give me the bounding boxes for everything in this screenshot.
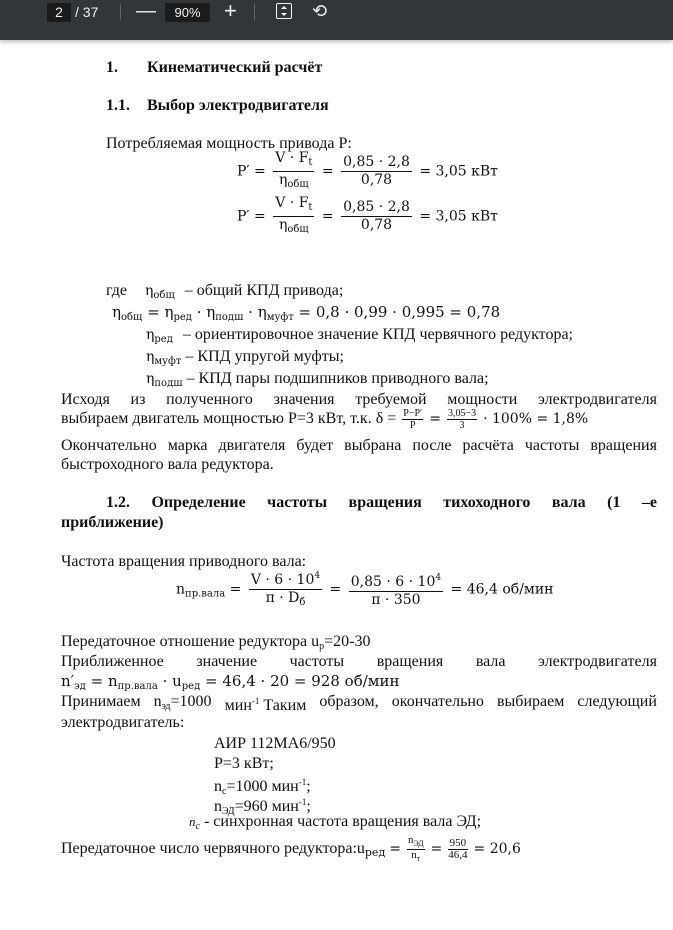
fraction: 0,85 · 2,80,78 [341, 154, 412, 189]
rotate-button[interactable]: ⟲ [312, 1, 327, 21]
subscript: t [308, 157, 312, 168]
motor-power: P=3 кВт; [214, 754, 274, 773]
subscript: подш [215, 312, 243, 323]
subscript: t [308, 202, 312, 213]
definition: – ориентировочное значение КПД червячног… [183, 326, 573, 343]
word: Определение [151, 493, 245, 512]
divider [254, 4, 255, 20]
definition: – КПД упругой муфты; [185, 348, 344, 365]
subscript: ред [154, 334, 172, 345]
word: значения [274, 390, 335, 409]
zoom-in-button[interactable]: + [224, 0, 237, 22]
formula-rhs: = 0,8 · 0,99 · 0,995 = 0,78 [299, 303, 501, 321]
zoom-level-input[interactable]: 90% [165, 3, 210, 22]
value: =20-30 [324, 633, 370, 650]
word: вращения [377, 652, 444, 671]
formula-rhs: = 46,4 об/мин [451, 582, 554, 598]
plus-icon: + [224, 0, 237, 23]
formula-rhs: = 3,05 кВт [419, 209, 498, 225]
fraction: 0,85 · 2,80,78 [341, 199, 412, 234]
where-line-3: ηред – ориентировочное значение КПД черв… [146, 325, 573, 349]
word: марка [168, 436, 208, 455]
formula-power: P′ = V · Ftηобщ = 0,85 · 2,80,78 = 3,05 … [237, 150, 498, 193]
formula-shaft-speed: nпр.вала = V · 6 · 104π · Dб = 0,85 · 6 … [176, 568, 553, 611]
word: полученного [166, 390, 253, 409]
fraction: 95046,4 [448, 838, 467, 861]
formula-rhs: = 3,05 кВт [419, 164, 498, 180]
equals: = [322, 209, 334, 225]
motor-note: nc - синхронная частота вращения вала ЭД… [189, 812, 481, 836]
word: после [412, 436, 451, 455]
paragraph-gear-ratio: Передаточное число червячного редуктора:… [61, 835, 521, 864]
heading-1: 1. Кинематический расчёт [106, 58, 118, 77]
subscript: пр.вала [185, 589, 225, 600]
fraction: 3,05−33 [447, 408, 477, 431]
subscript: общ [287, 179, 308, 190]
fraction: nЭДnт [407, 835, 425, 864]
formula-power-repeat: P′ = V · Ftηобщ = 0,85 · 2,80,78 = 3,05 … [237, 195, 498, 238]
minus-icon: — [136, 0, 156, 22]
word: окончательно [392, 692, 484, 716]
word: мощности [447, 390, 517, 409]
word: следующий [577, 692, 657, 716]
fit-to-page-button[interactable] [276, 3, 292, 19]
subscript: муфт [267, 312, 294, 323]
word: электродвигателя [538, 390, 657, 409]
word: тихоходного [443, 493, 530, 512]
word: –е [642, 493, 657, 512]
choose-line-1: Исходя из полученного значения требуемой… [61, 390, 657, 409]
subscript: общ [121, 312, 142, 323]
heading-1-2: 1.2. Определение частоты вращения тихохо… [106, 493, 657, 512]
numerator: V · F [275, 150, 308, 166]
formula-lhs: P′ = [237, 164, 266, 180]
text: Передаточное число червячного редуктора:… [61, 840, 365, 857]
page-number-input[interactable]: 2 [47, 3, 71, 22]
eta-symbol: η [206, 303, 215, 321]
word: Окончательно [61, 436, 157, 455]
equals: = [322, 164, 334, 180]
fraction: 0,85 · 6 · 104π · 350 [349, 570, 443, 609]
word: электродвигателя [538, 652, 657, 671]
word: двигателя [218, 436, 285, 455]
choose-line-3: Окончательно марка двигателя будет выбра… [61, 436, 657, 455]
zoom-out-button[interactable]: — [136, 1, 156, 21]
pdf-toolbar: 2 / 37 — 90% + ⟲ [0, 0, 673, 40]
where-line-1: где ηобщ – общий КПД привода; [106, 281, 343, 305]
word: выбираем [497, 692, 564, 716]
formula-rhs: = 46,4 · 20 = 928 об/мин [205, 672, 399, 690]
word: вращения [590, 436, 657, 455]
where-line-2: ηобщ = ηред · ηподш · ηмуфт = 0,8 · 0,99… [112, 303, 500, 327]
rotate-icon: ⟲ [312, 1, 327, 21]
word: частоты [290, 652, 345, 671]
word: образом, [319, 692, 378, 716]
eta-symbol: η [258, 303, 267, 321]
subscript: общ [287, 224, 308, 235]
heading-1-2-cont: приближение) [61, 513, 164, 532]
word: Приближенное [61, 652, 164, 671]
word: вала [476, 652, 506, 671]
formula-lhs: n [176, 582, 185, 598]
subscript: муфт [154, 356, 181, 367]
text: выбираем двигатель мощностью P=3 кВт, т.… [61, 410, 396, 427]
word: выбрана [344, 436, 401, 455]
paragraph-accept-cont: электродвигатель: [61, 713, 184, 732]
word: из [131, 390, 146, 409]
subscript: подш [154, 378, 182, 389]
fraction: V · Ftηобщ [273, 150, 314, 193]
definition: – КПД пары подшипников приводного вала; [187, 370, 489, 387]
numerator: V · F [275, 195, 308, 211]
divider [120, 4, 121, 20]
word: Исходя [61, 390, 110, 409]
word: частоты [525, 436, 580, 455]
paragraph-approx: Приближенное значение частоты вращения в… [61, 652, 657, 671]
formula-rhs: = 20,6 [474, 841, 521, 857]
definition: – общий КПД привода; [185, 282, 344, 299]
where-line-4: ηмуфт – КПД упругой муфты; [146, 347, 344, 371]
subscript: общ [153, 290, 174, 301]
word: будет [296, 436, 333, 455]
fraction: P−P′P [402, 408, 423, 431]
heading-title: Кинематический расчёт [147, 58, 322, 77]
heading-number: 1. [106, 59, 118, 76]
word: значение [196, 652, 257, 671]
heading-title: Выбор электродвигателя [147, 96, 329, 115]
text: Передаточное отношение редуктора u [61, 633, 319, 650]
word: вращения [349, 493, 422, 512]
motor-model: АИР 112МА6/950 [214, 734, 336, 753]
formula-rhs: · 100% = 1,8% [483, 411, 588, 427]
word: (1 [607, 493, 620, 512]
word: расчёта [463, 436, 514, 455]
word: требуемой [355, 390, 426, 409]
fraction: V · Ftηобщ [273, 195, 314, 238]
choose-line-4: быстроходного вала редуктора. [61, 455, 274, 474]
word: мин-1 Таким [225, 692, 307, 716]
word: вала [552, 493, 586, 512]
where-label: где [106, 282, 127, 299]
subscript: ред [173, 312, 191, 323]
fraction: V · 6 · 104π · Dб [249, 568, 322, 611]
heading-number: 1.2. [106, 493, 130, 512]
heading-number: 1.1. [106, 97, 130, 114]
page-total: / 37 [75, 3, 98, 22]
eta-symbol: η [112, 303, 121, 321]
document-page: 1. Кинематический расчёт 1.1. Выбор элек… [0, 40, 673, 930]
formula-lhs: P′ = [237, 209, 266, 225]
choose-line-2: выбираем двигатель мощностью P=3 кВт, т.… [61, 408, 588, 431]
heading-1-1: 1.1. Выбор электродвигателя [106, 96, 130, 115]
word: частоты [267, 493, 327, 512]
